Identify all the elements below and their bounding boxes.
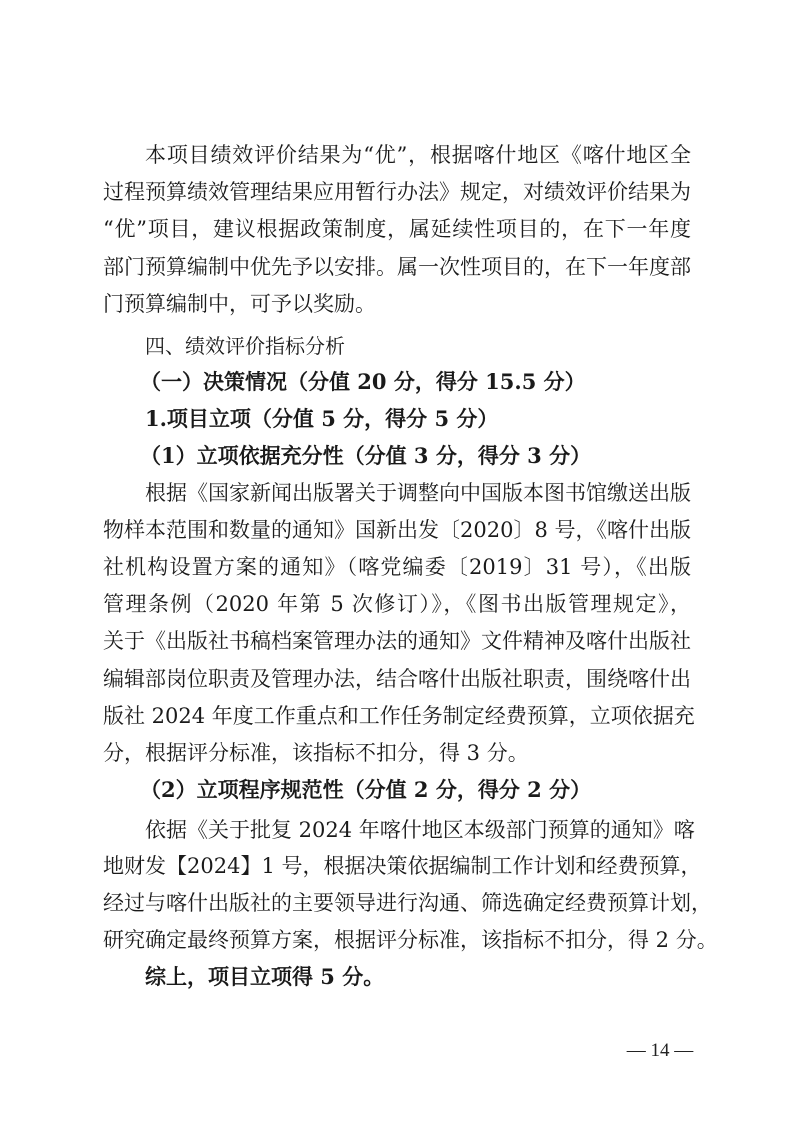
paragraph-line: 地财发【2024】1 号，根据决策依据编制工作计划和经费预算，: [103, 851, 691, 881]
paragraph-line: 过程预算绩效管理结果应用暂行办法》规定，对绩效评价结果为: [103, 177, 691, 207]
paragraph-line: 版社 2024 年度工作重点和工作任务制定经费预算，立项依据充: [103, 701, 691, 731]
subsection-heading: （一）决策情况（分值 20 分，得分 15.5 分）: [140, 367, 728, 397]
criterion-heading: （1）立项依据充分性（分值 3 分，得分 3 分）: [140, 441, 728, 471]
paragraph-line: 本项目绩效评价结果为“优”，根据喀什地区《喀什地区全: [145, 140, 691, 170]
item-heading: 1.项目立项（分值 5 分，得分 5 分）: [145, 404, 691, 434]
paragraph-line: 依据《关于批复 2024 年喀什地区本级部门预算的通知》喀: [145, 815, 691, 845]
summary-line: 综上，项目立项得 5 分。: [145, 962, 691, 992]
paragraph-line: 门预算编制中，可予以奖励。: [103, 289, 691, 319]
paragraph-line: 社机构设置方案的通知》（喀党编委〔2019〕31 号），《出版: [103, 552, 691, 582]
paragraph-line: 编辑部岗位职责及管理办法，结合喀什出版社职责，围绕喀什出: [103, 664, 691, 694]
section-heading: 四、绩效评价指标分析: [145, 331, 691, 361]
paragraph-line: 管理条例（2020 年第 5 次修订）》，《图书出版管理规定》，: [103, 589, 691, 619]
paragraph-line: 根据《国家新闻出版署关于调整向中国版本图书馆缴送出版: [145, 478, 691, 508]
paragraph-line: 部门预算编制中优先予以安排。属一次性项目的，在下一年度部: [103, 252, 691, 282]
page-number: — 14 —: [620, 1040, 700, 1062]
paragraph-line: 关于《出版社书稿档案管理办法的通知》文件精神及喀什出版社: [103, 626, 691, 656]
paragraph-line: 经过与喀什出版社的主要领导进行沟通、筛选确定经费预算计划，: [103, 888, 691, 918]
paragraph-line: 分，根据评分标准，该指标不扣分，得 3 分。: [103, 738, 691, 768]
criterion-heading: （2）立项程序规范性（分值 2 分，得分 2 分）: [140, 775, 728, 805]
paragraph-line: 物样本范围和数量的通知》国新出发〔2020〕8 号，《喀什出版: [103, 515, 691, 545]
document-page: 本项目绩效评价结果为“优”，根据喀什地区《喀什地区全 过程预算绩效管理结果应用暂…: [0, 0, 793, 1122]
paragraph-line: “优”项目，建议根据政策制度，属延续性项目的，在下一年度: [103, 214, 691, 244]
paragraph-line: 研究确定最终预算方案，根据评分标准，该指标不扣分，得 2 分。: [103, 925, 691, 955]
